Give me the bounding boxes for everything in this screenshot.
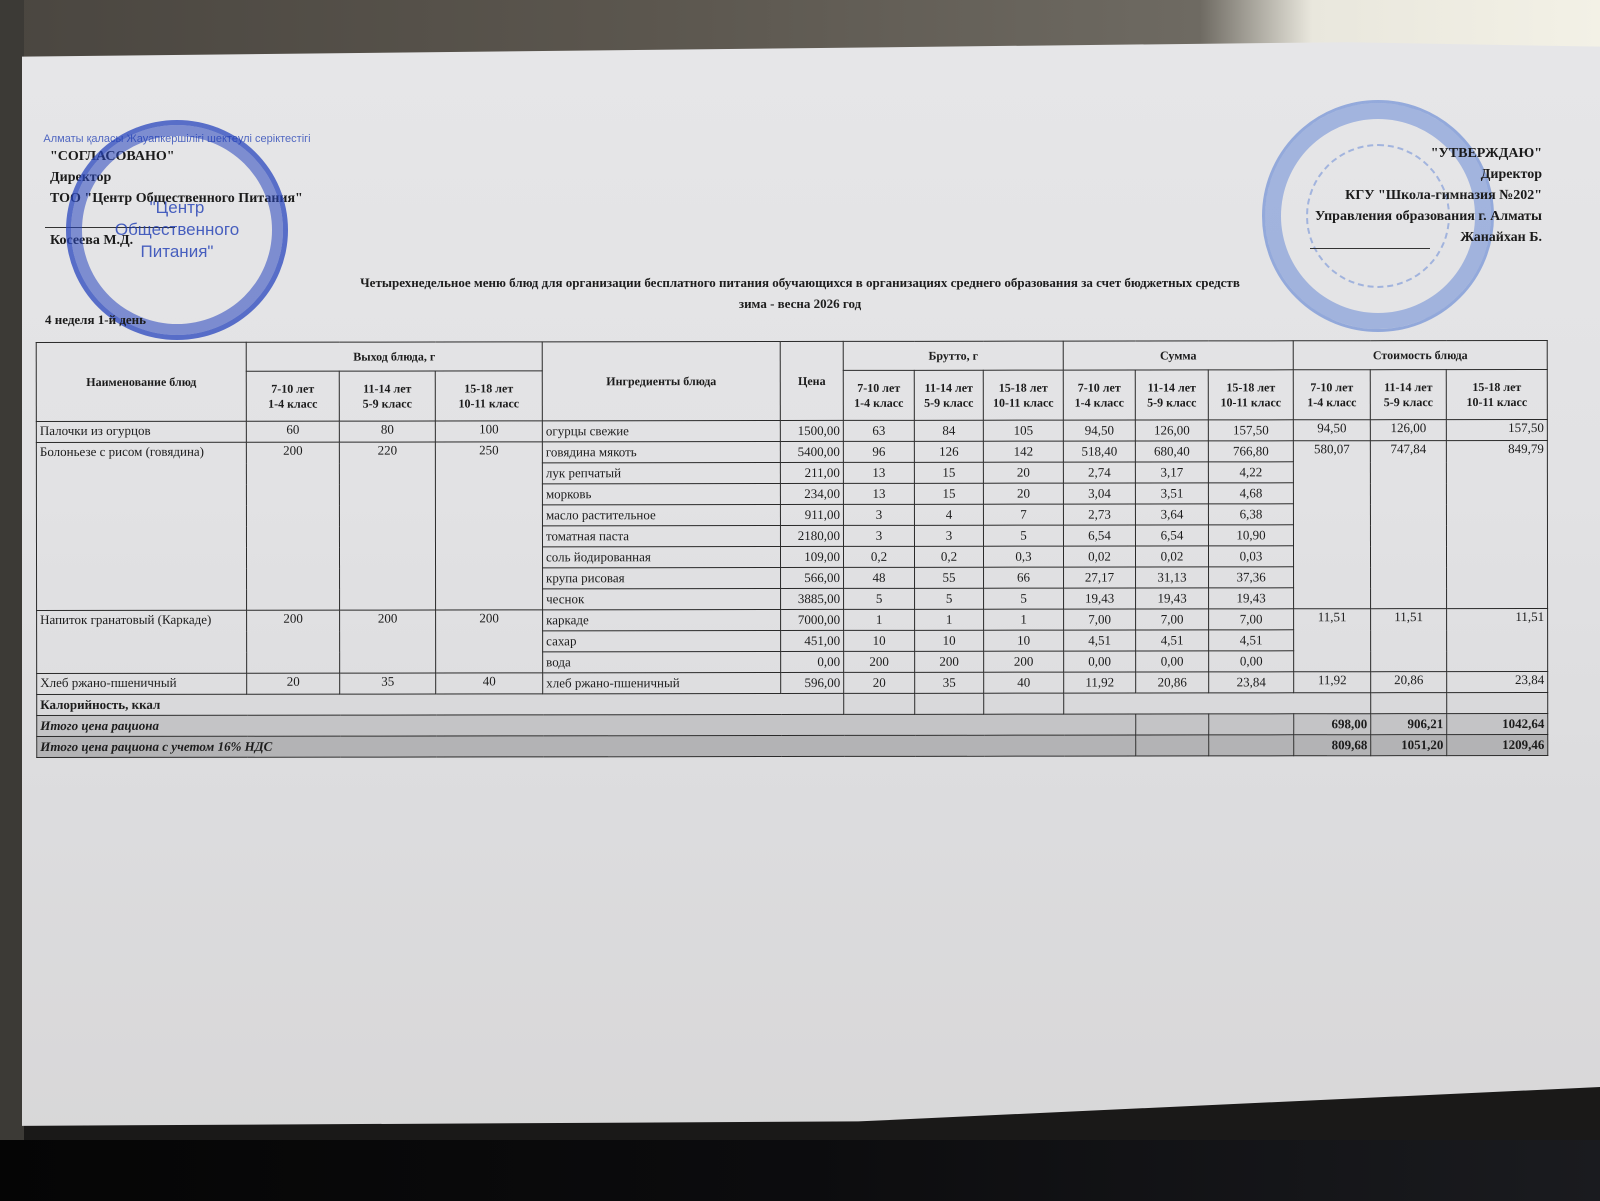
ingredient-name: хлеб ржано-пшеничный: [543, 673, 781, 694]
ingredient-gross: 15: [914, 462, 983, 483]
stamp-line: Общественного: [115, 219, 239, 241]
ingredient-gross: 5: [983, 525, 1063, 546]
dish-yield: 200: [436, 610, 543, 673]
total-empty: [1136, 714, 1209, 735]
calories-empty: [1064, 693, 1371, 714]
approval-heading: "УТВЕРЖДАЮ": [1315, 143, 1542, 164]
ingredient-sum: 23,84: [1209, 672, 1294, 693]
ingredient-sum: 4,51: [1136, 630, 1209, 651]
grade-range: 5-9 класс: [343, 396, 432, 411]
dish-yield: 60: [246, 421, 339, 442]
total-vat-row: Итого цена рациона с учетом 16% НДС809,6…: [37, 734, 1548, 757]
ingredient-gross: 13: [843, 483, 914, 504]
ingredient-sum: 19,43: [1136, 588, 1209, 609]
day-label: 4 неделя 1-й день: [45, 312, 146, 328]
ingredient-price: 566,00: [781, 567, 844, 588]
ingredient-price: 2180,00: [780, 525, 843, 546]
ingredient-sum: 680,40: [1135, 441, 1208, 462]
ingredient-sum: 3,04: [1063, 483, 1135, 504]
ingredient-sum: 6,54: [1063, 525, 1135, 546]
dish-cost: 747,84: [1370, 441, 1446, 609]
header-yield: Выход блюда, г: [246, 342, 542, 371]
ingredient-gross: 15: [914, 483, 983, 504]
ingredient-sum: 0,03: [1209, 546, 1294, 567]
total-value: 1209,46: [1447, 734, 1548, 755]
ingredient-sum: 4,51: [1064, 630, 1136, 651]
ingredient-sum: 37,36: [1209, 567, 1294, 588]
dish-cost: 126,00: [1370, 420, 1446, 441]
total-row: Итого цена рациона698,00906,211042,64: [37, 713, 1548, 736]
ingredient-price: 7000,00: [781, 609, 844, 630]
ingredient-sum: 4,68: [1208, 483, 1293, 504]
grade-range: 5-9 класс: [918, 395, 980, 410]
calories-value: [1371, 693, 1447, 714]
ingredient-gross: 35: [915, 672, 984, 693]
ingredient-sum: 10,90: [1208, 525, 1293, 546]
total-value: 698,00: [1294, 714, 1371, 735]
calories-value: [915, 693, 984, 714]
grade-range: 1-4 класс: [847, 395, 911, 410]
dish-yield: 250: [435, 442, 542, 610]
age-range: 15-18 лет: [987, 380, 1060, 395]
ingredient-gross: 0,2: [915, 546, 984, 567]
age-range: 7-10 лет: [1297, 380, 1367, 395]
ingredient-price: 911,00: [780, 504, 843, 525]
ingredient-name: чеснок: [543, 589, 781, 610]
ingredient-price: 3885,00: [781, 588, 844, 609]
ingredient-gross: 1: [915, 609, 984, 630]
ingredient-gross: 200: [915, 651, 984, 672]
ingredient-gross: 48: [844, 567, 915, 588]
dish-cost: 20,86: [1371, 672, 1447, 693]
ingredient-gross: 1: [844, 609, 915, 630]
ingredient-gross: 5: [984, 588, 1064, 609]
total-value: 1042,64: [1447, 713, 1548, 734]
ingredient-name: масло растительное: [542, 505, 780, 526]
ingredient-gross: 20: [983, 483, 1063, 504]
approval-name: Жанайхан Б.: [1315, 227, 1542, 248]
dish-yield: 200: [340, 610, 436, 673]
grade-range: 5-9 класс: [1139, 395, 1205, 410]
total-value: 906,21: [1371, 714, 1447, 735]
dish-cost: 11,51: [1371, 609, 1447, 672]
ingredient-gross: 5: [915, 588, 984, 609]
grade-range: 5-9 класс: [1374, 395, 1443, 410]
header-age-group: 11-14 лет5-9 класс: [914, 370, 983, 420]
ingredient-name: каркаде: [543, 610, 781, 631]
ingredient-sum: 27,17: [1064, 567, 1136, 588]
ingredient-price: 596,00: [781, 672, 844, 693]
dish-yield: 20: [247, 673, 340, 694]
dish-cost: 157,50: [1446, 419, 1547, 440]
ingredient-gross: 142: [983, 441, 1063, 462]
ingredient-gross: 7: [983, 504, 1063, 525]
ingredient-sum: 31,13: [1136, 567, 1209, 588]
total-value: 1051,20: [1371, 735, 1447, 756]
ingredient-sum: 6,54: [1135, 525, 1208, 546]
header-gross: Брутто, г: [843, 341, 1063, 370]
ingredient-price: 1500,00: [780, 420, 843, 441]
menu-body: Палочки из огурцов6080100огурцы свежие15…: [36, 419, 1548, 757]
stamp-center-text: "Центр Общественного Питания": [115, 197, 239, 263]
approval-position: Директор: [1315, 164, 1542, 185]
header-age-group: 11-14 лет5-9 класс: [1135, 370, 1208, 420]
ingredient-sum: 518,40: [1063, 441, 1135, 462]
table-row: Напиток гранатовый (Каркаде)200200200кар…: [37, 608, 1548, 631]
table-row: Палочки из огурцов6080100огурцы свежие15…: [36, 419, 1547, 442]
dish-name: Напиток гранатовый (Каркаде): [37, 610, 247, 673]
grade-range: 10-11 класс: [1212, 395, 1290, 410]
ingredient-gross: 63: [843, 420, 914, 441]
dish-cost: 11,51: [1294, 609, 1371, 672]
ingredient-price: 0,00: [781, 651, 844, 672]
menu-table: Наименование блюд Выход блюда, г Ингреди…: [36, 340, 1549, 758]
header-ingredients: Ингредиенты блюда: [542, 342, 780, 421]
ingredient-gross: 20: [983, 462, 1063, 483]
ingredient-gross: 10: [984, 630, 1064, 651]
header-age-group: 15-18 лет10-11 класс: [435, 371, 542, 421]
header-age-group: 7-10 лет1-4 класс: [246, 371, 339, 421]
header-age-group: 11-14 лет5-9 класс: [1370, 370, 1446, 420]
total-label: Итого цена рациона с учетом 16% НДС: [37, 735, 1136, 758]
document-subtitle: зима - весна 2026 год: [200, 296, 1400, 312]
calories-label: Калорийность, ккал: [37, 693, 844, 715]
stamp-ring-text: Алматы қаласы Жауапкершілігі шектеулі се…: [43, 133, 310, 145]
header-price: Цена: [780, 341, 843, 420]
dish-name: Палочки из огурцов: [36, 421, 246, 442]
ingredient-sum: 19,43: [1209, 588, 1294, 609]
ingredient-name: вода: [543, 652, 781, 673]
ingredient-name: морковь: [542, 484, 780, 505]
ingredient-gross: 84: [914, 420, 983, 441]
ingredient-sum: 19,43: [1064, 588, 1136, 609]
ingredient-gross: 10: [844, 630, 915, 651]
ingredient-sum: 6,38: [1208, 504, 1293, 525]
ingredient-sum: 4,22: [1208, 462, 1293, 483]
table-row: Хлеб ржано-пшеничный203540хлеб ржано-пше…: [37, 671, 1548, 694]
ingredient-gross: 3: [843, 525, 914, 546]
dish-yield: 200: [247, 610, 340, 673]
header-age-group: 15-18 лет10-11 класс: [983, 370, 1063, 420]
age-range: 7-10 лет: [250, 381, 336, 396]
ingredient-sum: 0,02: [1136, 546, 1209, 567]
grade-range: 10-11 класс: [439, 396, 539, 411]
dish-yield: 100: [435, 421, 542, 442]
age-range: 11-14 лет: [918, 380, 980, 395]
approval-organization: КГУ "Школа-гимназия №202": [1315, 185, 1542, 206]
header-age-group: 7-10 лет1-4 класс: [1293, 370, 1370, 420]
ingredient-name: огурцы свежие: [542, 421, 780, 442]
dish-cost: 94,50: [1293, 420, 1370, 441]
ingredient-sum: 7,00: [1064, 609, 1136, 630]
ingredient-sum: 3,64: [1135, 504, 1208, 525]
signature-line: [1310, 248, 1430, 249]
dish-yield: 35: [340, 673, 436, 694]
ingredient-name: соль йодированная: [543, 547, 781, 568]
age-range: 15-18 лет: [1450, 379, 1544, 394]
ingredient-price: 211,00: [780, 462, 843, 483]
ingredient-gross: 5: [844, 588, 915, 609]
calories-value: [844, 693, 915, 714]
ingredient-gross: 96: [843, 441, 914, 462]
age-range: 11-14 лет: [343, 381, 432, 396]
total-empty: [1136, 735, 1209, 756]
ingredient-sum: 11,92: [1064, 672, 1136, 693]
ingredient-gross: 20: [844, 672, 915, 693]
document-title: Четырехнедельное меню блюд для организац…: [200, 275, 1400, 291]
table-row: Болоньезе с рисом (говядина)200220250гов…: [36, 440, 1547, 463]
ingredient-name: говядина мякоть: [542, 442, 780, 463]
header-age-group: 11-14 лет5-9 класс: [339, 371, 435, 421]
dish-yield: 200: [246, 442, 339, 610]
grade-range: 1-4 класс: [1067, 395, 1132, 410]
ingredient-name: лук репчатый: [542, 463, 780, 484]
ingredient-gross: 200: [844, 651, 915, 672]
ingredient-sum: 3,17: [1135, 462, 1208, 483]
dish-cost: 11,51: [1447, 608, 1548, 671]
ingredient-gross: 40: [984, 672, 1064, 693]
dish-cost: 11,92: [1294, 672, 1371, 693]
header-row-1: Наименование блюд Выход блюда, г Ингреди…: [36, 340, 1547, 371]
calories-row: Калорийность, ккал: [37, 692, 1548, 715]
header-dish-name: Наименование блюд: [36, 342, 246, 421]
background-bottom: [0, 1140, 1600, 1201]
ingredient-name: крупа рисовая: [543, 568, 781, 589]
ingredient-sum: 0,00: [1136, 651, 1209, 672]
ingredient-sum: 3,51: [1135, 483, 1208, 504]
ingredient-name: сахар: [543, 631, 781, 652]
grade-range: 1-4 класс: [1297, 395, 1367, 410]
ingredient-gross: 66: [984, 567, 1064, 588]
ingredient-price: 234,00: [780, 483, 843, 504]
ingredient-sum: 0,00: [1064, 651, 1136, 672]
ingredient-name: томатная паста: [542, 526, 780, 547]
ingredient-sum: 2,73: [1063, 504, 1135, 525]
approval-department: Управления образования г. Алматы: [1315, 206, 1542, 227]
ingredient-price: 5400,00: [780, 441, 843, 462]
ingredient-gross: 200: [984, 651, 1064, 672]
dish-cost: 580,07: [1293, 441, 1370, 609]
ingredient-gross: 4: [914, 504, 983, 525]
ingredient-gross: 105: [983, 420, 1063, 441]
ingredient-price: 451,00: [781, 630, 844, 651]
ingredient-gross: 13: [843, 462, 914, 483]
total-value: 809,68: [1294, 735, 1371, 756]
header-age-group: 7-10 лет1-4 класс: [843, 370, 914, 420]
age-range: 7-10 лет: [847, 380, 911, 395]
ingredient-gross: 3: [914, 525, 983, 546]
calories-value: [1447, 692, 1548, 713]
dish-cost: 23,84: [1447, 671, 1548, 692]
approval-block-right: "УТВЕРЖДАЮ" Директор КГУ "Школа-гимназия…: [1315, 143, 1542, 248]
ingredient-gross: 126: [914, 441, 983, 462]
total-empty: [1209, 735, 1294, 756]
ingredient-gross: 55: [915, 567, 984, 588]
ingredient-sum: 4,51: [1209, 630, 1294, 651]
dish-name: Болоньезе с рисом (говядина): [36, 442, 246, 610]
age-range: 7-10 лет: [1067, 380, 1132, 395]
ingredient-sum: 7,00: [1209, 609, 1294, 630]
ingredient-sum: 126,00: [1135, 420, 1208, 441]
ingredient-sum: 157,50: [1208, 420, 1293, 441]
ingredient-sum: 0,02: [1064, 546, 1136, 567]
age-range: 15-18 лет: [439, 381, 539, 396]
calories-value: [984, 693, 1064, 714]
dish-yield: 220: [339, 442, 435, 610]
ingredient-gross: 1: [984, 609, 1064, 630]
header-age-group: 15-18 лет10-11 класс: [1446, 369, 1547, 419]
ingredient-gross: 0,2: [844, 546, 915, 567]
dish-yield: 40: [436, 673, 543, 694]
stamp-line: Питания": [115, 241, 239, 263]
header-sum: Сумма: [1063, 341, 1293, 370]
ingredient-gross: 3: [843, 504, 914, 525]
age-range: 15-18 лет: [1212, 380, 1290, 395]
age-range: 11-14 лет: [1139, 380, 1205, 395]
ingredient-sum: 766,80: [1208, 441, 1293, 462]
ingredient-sum: 2,74: [1063, 462, 1135, 483]
dish-name: Хлеб ржано-пшеничный: [37, 673, 247, 694]
header-dish-cost: Стоимость блюда: [1293, 340, 1547, 369]
ingredient-price: 109,00: [781, 546, 844, 567]
ingredient-gross: 0,3: [984, 546, 1064, 567]
ingredient-sum: 7,00: [1136, 609, 1209, 630]
stamp-line: "Центр: [115, 197, 239, 219]
dish-cost: 849,79: [1446, 440, 1547, 608]
grade-range: 1-4 класс: [250, 396, 336, 411]
grade-range: 10-11 класс: [987, 395, 1060, 410]
ingredient-gross: 10: [915, 630, 984, 651]
age-range: 11-14 лет: [1374, 380, 1443, 395]
total-label: Итого цена рациона: [37, 714, 1136, 737]
ingredient-sum: 94,50: [1063, 420, 1135, 441]
dish-yield: 80: [339, 421, 435, 442]
total-empty: [1209, 714, 1294, 735]
header-age-group: 15-18 лет10-11 класс: [1208, 370, 1293, 420]
background-left: [0, 0, 24, 1201]
ingredient-sum: 20,86: [1136, 672, 1209, 693]
header-age-group: 7-10 лет1-4 класс: [1063, 370, 1135, 420]
ingredient-sum: 0,00: [1209, 651, 1294, 672]
grade-range: 10-11 класс: [1450, 394, 1544, 409]
